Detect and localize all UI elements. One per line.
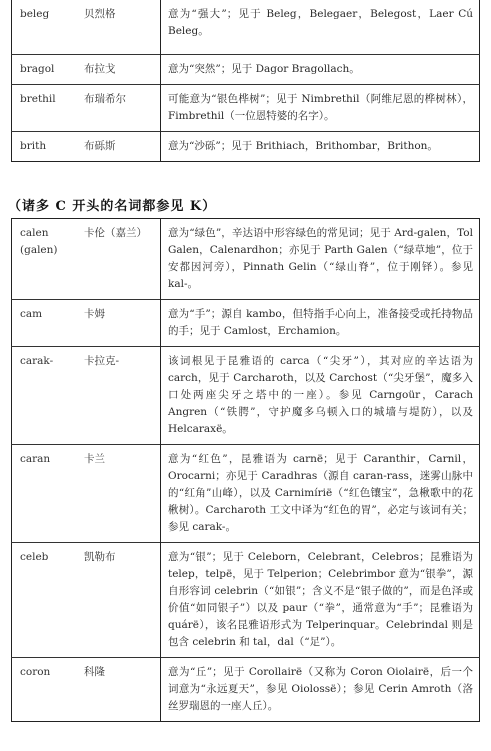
definition: 意为“手”；源自 kambo，但特指手心向上，准备接受或托持物品的手；见于 Ca… [161,300,480,347]
section-heading: （诸多 C 开头的名词都参见 K） [8,195,216,214]
table-row: brethil 布瑞希尔 可能意为“银色桦树”；见于 Nimbrethil（阿维… [12,84,480,131]
term: bragol [12,54,77,84]
table-row: coron 科隆 意为“丘”；见于 Corollairë（又称为 Coron O… [12,658,480,722]
table-row: brith 布砾斯 意为“沙砾”；见于 Brithiach，Brithombar… [12,131,480,161]
term: coron [12,658,77,722]
term: brith [12,131,77,161]
term: caran [12,445,77,543]
definition: 意为“红色”，昆雅语为 carnë；见于 Caranthir，Carnil，Or… [161,445,480,543]
table-row: carak- 卡拉克- 该词根见于昆雅语的 carca（“尖牙”），其对应的辛达… [12,347,480,445]
table-row: cam 卡姆 意为“手”；源自 kambo，但特指手心向上，准备接受或托持物品的… [12,300,480,347]
term: calen (galen) [12,219,77,300]
glossary-table-b: beleg 贝烈格 意为“强大”；见于 Beleg，Belegaer，Beleg… [11,0,480,162]
definition: 意为“丘”；见于 Corollairë（又称为 Coron Oiolairë，后… [161,658,480,722]
table-row: beleg 贝烈格 意为“强大”；见于 Beleg，Belegaer，Beleg… [12,0,480,54]
transliteration: 卡伦（嘉兰） [76,219,161,300]
transliteration: 卡姆 [76,300,161,347]
term: celeb [12,543,77,658]
term: brethil [12,84,77,131]
definition: 意为“突然”；见于 Dagor Bragollach。 [161,54,480,84]
transliteration: 布瑞希尔 [76,84,161,131]
transliteration: 科隆 [76,658,161,722]
table-row: caran 卡兰 意为“红色”，昆雅语为 carnë；见于 Caranthir，… [12,445,480,543]
table-row: celeb 凯勒布 意为“银”；见于 Celeborn，Celebrant，Ce… [12,543,480,658]
definition: 该词根见于昆雅语的 carca（“尖牙”），其对应的辛达语为 carch，见于 … [161,347,480,445]
transliteration: 凯勒布 [76,543,161,658]
glossary-table-c: calen (galen) 卡伦（嘉兰） 意为“绿色”，辛达语中形容绿色的常见词… [11,218,480,722]
transliteration: 卡拉克- [76,347,161,445]
table-row: calen (galen) 卡伦（嘉兰） 意为“绿色”，辛达语中形容绿色的常见词… [12,219,480,300]
definition: 可能意为“银色桦树”；见于 Nimbrethil（阿维尼恩的桦树林），Fimbr… [161,84,480,131]
term: carak- [12,347,77,445]
transliteration: 布砾斯 [76,131,161,161]
transliteration: 布拉戈 [76,54,161,84]
definition: 意为“绿色”，辛达语中形容绿色的常见词；见于 Ard-galen，Tol Gal… [161,219,480,300]
definition: 意为“银”；见于 Celeborn，Celebrant，Celebros；昆雅语… [161,543,480,658]
transliteration: 卡兰 [76,445,161,543]
term: cam [12,300,77,347]
transliteration: 贝烈格 [76,0,161,54]
definition: 意为“强大”；见于 Beleg，Belegaer，Belegost，Laer C… [161,0,480,54]
definition: 意为“沙砾”；见于 Brithiach，Brithombar，Brithon。 [161,131,480,161]
table-row: bragol 布拉戈 意为“突然”；见于 Dagor Bragollach。 [12,54,480,84]
term: beleg [12,0,77,54]
